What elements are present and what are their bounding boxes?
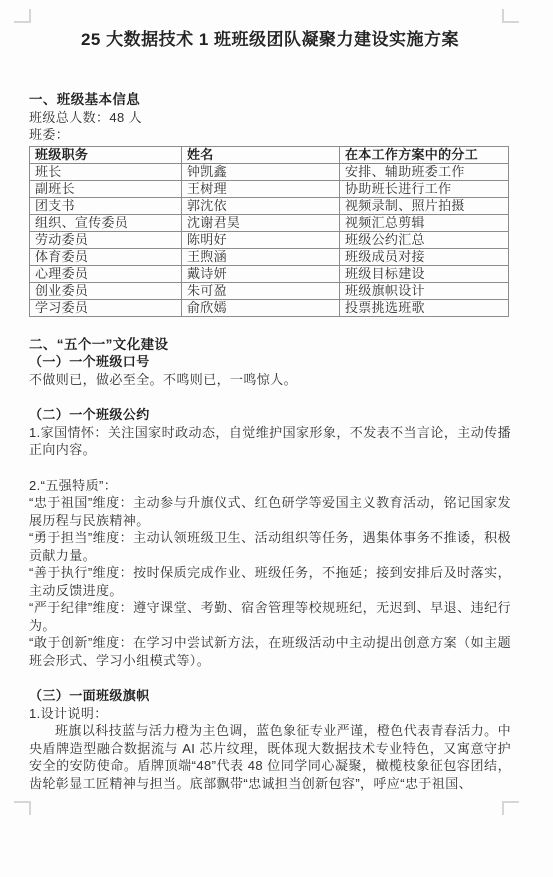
- total-students-line: 班级总人数：48 人: [29, 109, 511, 127]
- table-cell: 王煦涵: [182, 248, 340, 265]
- section-culture: 二、“五个一”文化建设 （一）一个班级口号 不做则已，做必至全。不鸣则已，一鸣惊…: [29, 336, 511, 793]
- text-boundary-mark-bottom-right: [502, 801, 519, 815]
- table-cell: 班级旗帜设计: [340, 282, 509, 299]
- table-cell: 投票挑选班歌: [340, 299, 509, 316]
- table-cell: 王树理: [182, 180, 340, 197]
- document-content: 25 大数据技术 1 班班级团队凝聚力建设实施方案 一、班级基本信息 班级总人数…: [29, 28, 511, 792]
- table-cell: 朱可盈: [182, 282, 340, 299]
- col-header-position: 班级职务: [30, 146, 182, 163]
- design-description: 班旗以科技蓝与活力橙为主色调，蓝色象征专业严谨，橙色代表青春活力。中央盾牌造型融…: [29, 722, 511, 792]
- table-header-row: 班级职务 姓名 在本工作方案中的分工: [30, 146, 509, 163]
- table-cell: 沈谢君昊: [182, 214, 340, 231]
- table-cell: 心理委员: [30, 265, 182, 282]
- flag-heading: （三）一面班级旗帜: [29, 687, 511, 705]
- class-slogan: 不做则已，做必至全。不鸣则已，一鸣惊人。: [29, 371, 511, 389]
- text-boundary-mark-top-left: [14, 9, 31, 23]
- table-cell: 视频汇总剪辑: [340, 214, 509, 231]
- table-cell: 班级目标建设: [340, 265, 509, 282]
- committee-table: 班级职务 姓名 在本工作方案中的分工 班长钟凯鑫安排、辅助班委工作副班长王树理协…: [29, 146, 509, 317]
- table-row: 组织、宣传委员沈谢君昊视频汇总剪辑: [30, 214, 509, 231]
- text-boundary-mark-top-right: [502, 9, 519, 23]
- table-cell: 团支书: [30, 197, 182, 214]
- table-cell: 视频录制、照片拍摄: [340, 197, 509, 214]
- table-cell: 学习委员: [30, 299, 182, 316]
- table-cell: 班长: [30, 163, 182, 180]
- spacer: [29, 669, 511, 687]
- col-header-name: 姓名: [182, 146, 340, 163]
- trait-item: “勇于担当”维度：主动认领班级卫生、活动组织等任务，遇集体事务不推诿，积极贡献力…: [29, 529, 511, 564]
- table-cell: 戴诗妍: [182, 265, 340, 282]
- spacer: [29, 459, 511, 477]
- spacer: [29, 388, 511, 406]
- document-title: 25 大数据技术 1 班班级团队凝聚力建设实施方案: [29, 30, 511, 50]
- section-basic-info: 一、班级基本信息 班级总人数：48 人 班委： 班级职务 姓名 在本工作方案中的…: [29, 91, 511, 317]
- committee-table-body: 班长钟凯鑫安排、辅助班委工作副班长王树理协助班长进行工作团支书郭沈依视频录制、照…: [30, 163, 509, 316]
- traits-list: “忠于祖国”维度：主动参与升旗仪式、红色研学等爱国主义教育活动，铭记国家发展历程…: [29, 494, 511, 669]
- committee-label: 班委：: [29, 126, 511, 144]
- trait-item: “善于执行”维度：按时保质完成作业、班级任务，不拖延；接到安排后及时落实，主动反…: [29, 564, 511, 599]
- table-cell: 俞欣嫣: [182, 299, 340, 316]
- convention-item-2-label: 2.“五强特质”：: [29, 477, 511, 495]
- table-row: 心理委员戴诗妍班级目标建设: [30, 265, 509, 282]
- convention-item-1: 1.家国情怀：关注国家时政动态，自觉维护国家形象，不发表不当言论，主动传播正向内…: [29, 424, 511, 459]
- table-cell: 郭沈依: [182, 197, 340, 214]
- table-cell: 劳动委员: [30, 231, 182, 248]
- table-row: 体育委员王煦涵班级成员对接: [30, 248, 509, 265]
- basic-info-heading: 一、班级基本信息: [29, 91, 511, 109]
- text-boundary-mark-bottom-left: [14, 801, 31, 815]
- table-row: 副班长王树理协助班长进行工作: [30, 180, 509, 197]
- table-row: 班长钟凯鑫安排、辅助班委工作: [30, 163, 509, 180]
- convention-heading: （二）一个班级公约: [29, 406, 511, 424]
- table-cell: 班级公约汇总: [340, 231, 509, 248]
- table-cell: 协助班长进行工作: [340, 180, 509, 197]
- trait-item: “敢于创新”维度：在学习中尝试新方法，在班级活动中主动提出创意方案（如主题班会形…: [29, 634, 511, 669]
- design-label: 1.设计说明：: [29, 705, 511, 723]
- table-cell: 陈明好: [182, 231, 340, 248]
- table-cell: 副班长: [30, 180, 182, 197]
- trait-item: “忠于祖国”维度：主动参与升旗仪式、红色研学等爱国主义教育活动，铭记国家发展历程…: [29, 494, 511, 529]
- col-header-duty: 在本工作方案中的分工: [340, 146, 509, 163]
- culture-heading: 二、“五个一”文化建设: [29, 336, 511, 354]
- table-cell: 班级成员对接: [340, 248, 509, 265]
- table-row: 学习委员俞欣嫣投票挑选班歌: [30, 299, 509, 316]
- table-row: 劳动委员陈明好班级公约汇总: [30, 231, 509, 248]
- table-cell: 体育委员: [30, 248, 182, 265]
- table-row: 团支书郭沈依视频录制、照片拍摄: [30, 197, 509, 214]
- table-row: 创业委员朱可盈班级旗帜设计: [30, 282, 509, 299]
- table-cell: 钟凯鑫: [182, 163, 340, 180]
- slogan-heading: （一）一个班级口号: [29, 353, 511, 371]
- table-cell: 创业委员: [30, 282, 182, 299]
- table-cell: 组织、宣传委员: [30, 214, 182, 231]
- trait-item: “严于纪律”维度：遵守课堂、考勤、宿舍管理等校规班纪，无迟到、早退、违纪行为。: [29, 599, 511, 634]
- document-page: 25 大数据技术 1 班班级团队凝聚力建设实施方案 一、班级基本信息 班级总人数…: [0, 0, 553, 877]
- table-cell: 安排、辅助班委工作: [340, 163, 509, 180]
